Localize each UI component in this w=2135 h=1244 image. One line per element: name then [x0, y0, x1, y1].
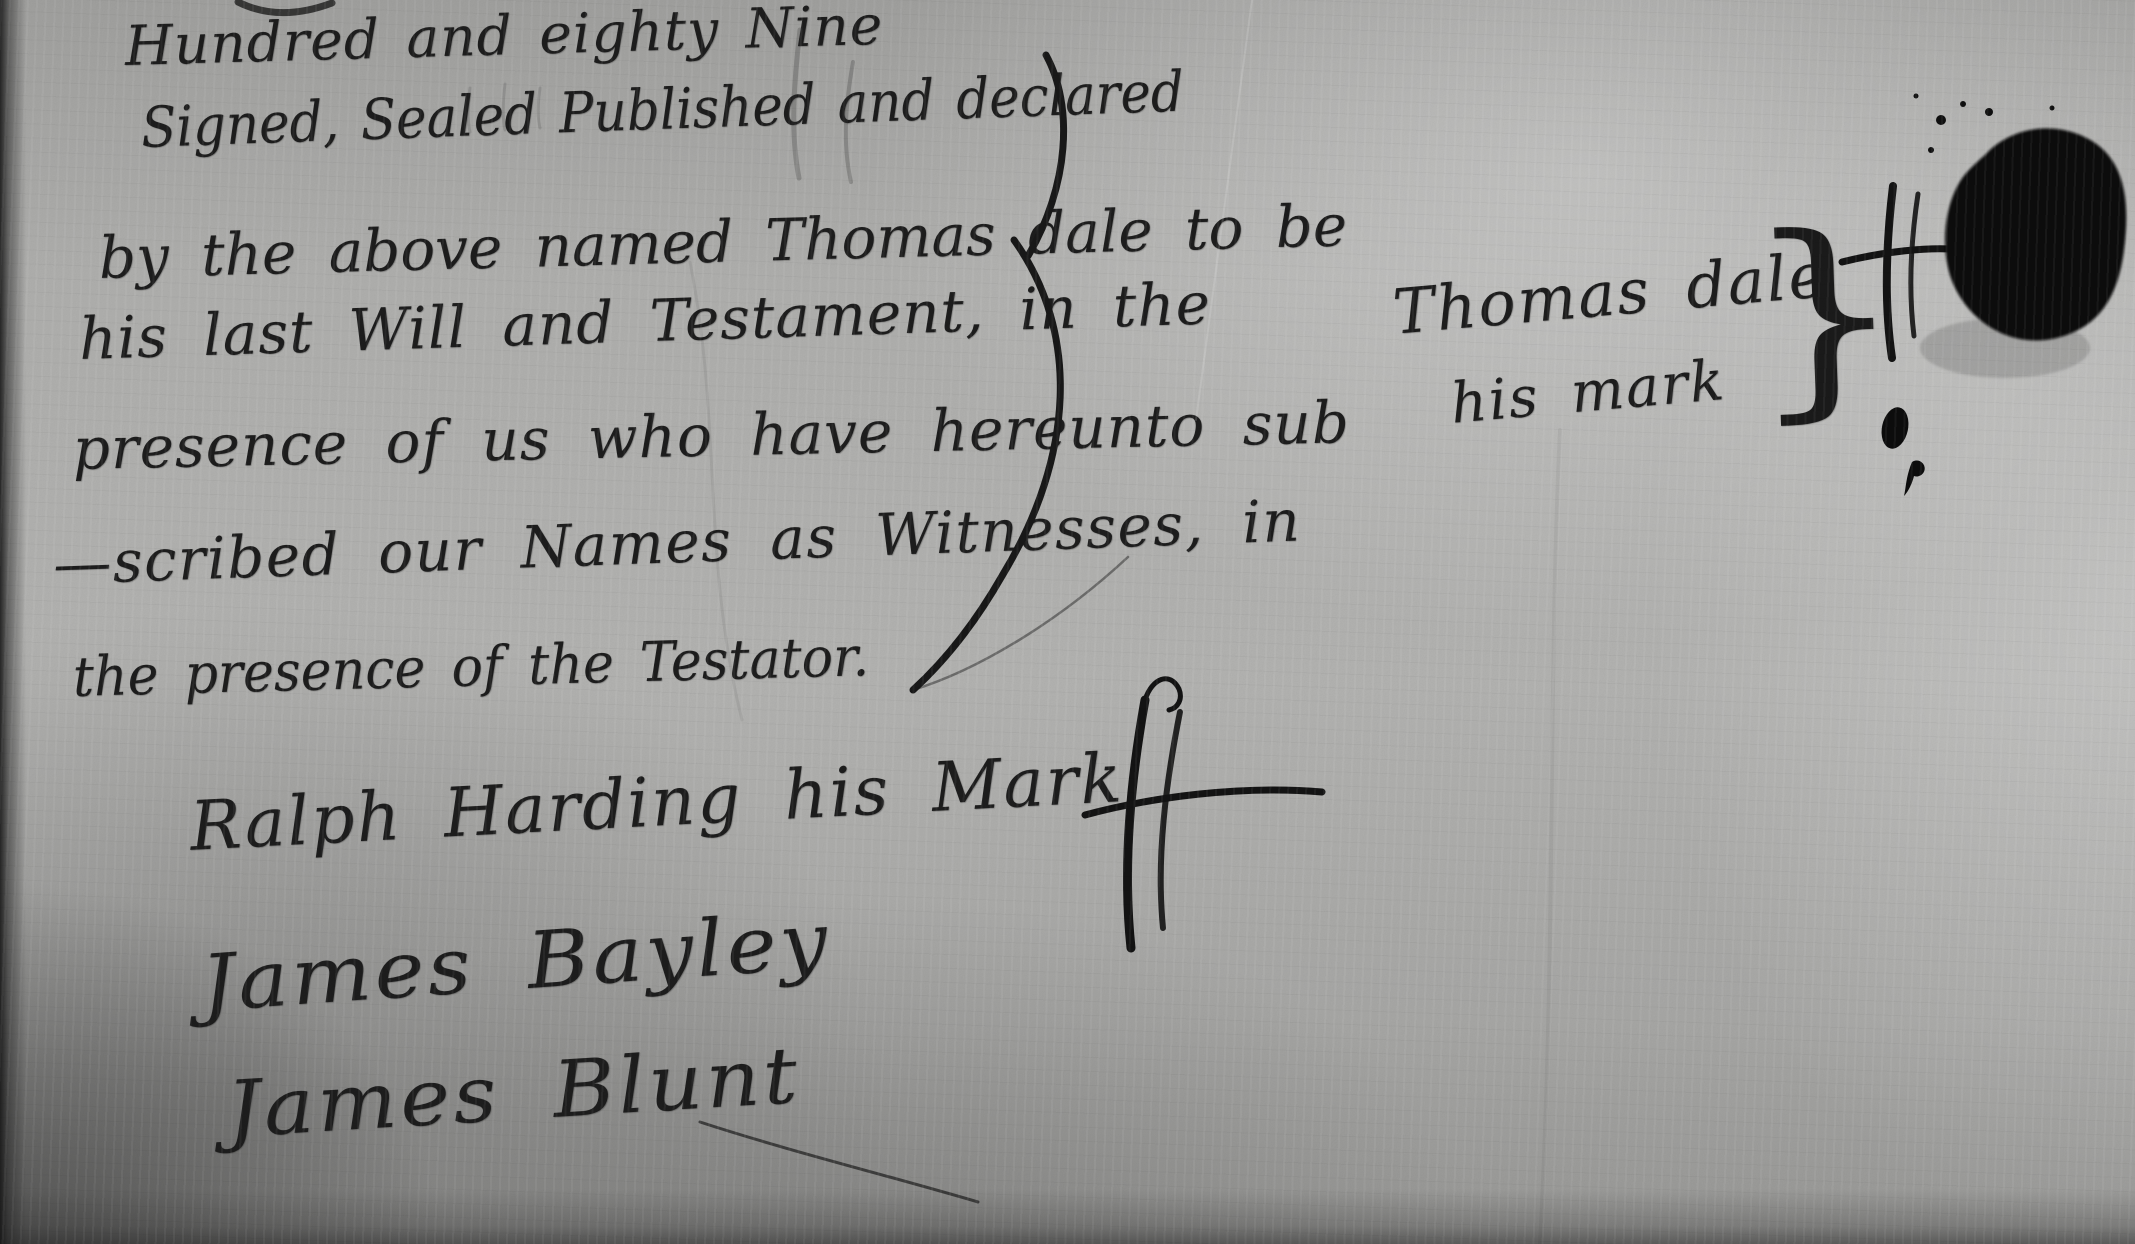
manuscript-page: Hundred and eighty Nine Signed, Sealed P…: [0, 0, 2135, 1244]
attestation-line-1: Signed, Sealed Published and declared: [140, 60, 1185, 161]
attestation-line-6: the presence of the Testator.: [72, 624, 870, 709]
witness-signature-james-blunt: James Blunt: [224, 1031, 803, 1156]
testator-brace: }: [1742, 187, 1908, 443]
attestation-bracket: [913, 55, 1128, 690]
attestation-line-5: —scribed our Names as Witnesses, in: [52, 486, 1302, 598]
blunt-flourish: [700, 1122, 978, 1202]
witness-signature-ralph-harding: Ralph Harding his Mark: [188, 739, 1125, 867]
line-year-fragment: Hundred and eighty Nine: [124, 0, 884, 78]
ink-specks: [1914, 94, 2055, 154]
ink-blot: [1914, 94, 2127, 379]
testator-mark-caption: his mark: [1448, 348, 1728, 437]
paper-creases: [690, 0, 1560, 1244]
witness-signature-james-bayley: James Bayley: [198, 896, 833, 1030]
attestation-line-4: presence of us who have hereunto sub: [72, 388, 1351, 483]
paper-noise: [0, 0, 2135, 1244]
ink-decorations: [0, 0, 2135, 1244]
